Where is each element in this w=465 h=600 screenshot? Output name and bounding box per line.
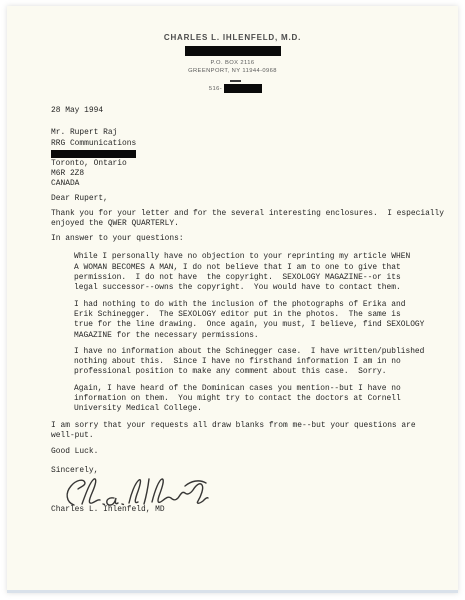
indented-paragraph-dominican-cases: Again, I have heard of the Dominican cas… bbox=[51, 384, 451, 415]
good-luck-line: Good Luck. bbox=[51, 447, 451, 457]
letterhead-po-box: P.O. BOX 2116 bbox=[7, 59, 458, 67]
letterhead: CHARLES L. IHLENFELD, M.D. P.O. BOX 2116… bbox=[7, 6, 458, 93]
indented-paragraph-copyright: While I personally have no objection to … bbox=[51, 252, 451, 293]
salutation: Dear Rupert, bbox=[51, 194, 451, 204]
letter-body: 28 May 1994 Mr. Rupert Raj RRG Communica… bbox=[51, 106, 451, 515]
indented-paragraph-schinegger-case: I have no information about the Schinegg… bbox=[51, 347, 451, 378]
recipient-address-block: Mr. Rupert Raj RRG Communications Toront… bbox=[51, 128, 451, 189]
paragraph-thanks: Thank you for your letter and for the se… bbox=[51, 209, 451, 230]
scan-edge-artifact bbox=[7, 590, 458, 593]
letterhead-phone-prefix: 516- bbox=[209, 85, 222, 93]
redaction-bar-recipient-street bbox=[51, 150, 136, 158]
redaction-bar-phone-number bbox=[224, 84, 262, 93]
recipient-organization: RRG Communications bbox=[51, 139, 451, 149]
letterhead-phone-row: 516- bbox=[10, 84, 461, 93]
recipient-city: Toronto, Ontario bbox=[51, 159, 451, 169]
recipient-name: Mr. Rupert Raj bbox=[51, 128, 451, 138]
recipient-country: CANADA bbox=[51, 179, 451, 189]
letterhead-divider-dash bbox=[230, 80, 241, 82]
paragraph-questions-intro: In answer to your questions: bbox=[51, 234, 451, 244]
letterhead-name: CHARLES L. IHLENFELD, M.D. bbox=[7, 33, 458, 42]
redaction-bar-street-address bbox=[185, 46, 281, 56]
letterhead-city-line: GREENPORT, NY 11944-0968 bbox=[7, 67, 458, 75]
paragraph-apology: I am sorry that your requests all draw b… bbox=[51, 421, 451, 442]
recipient-postal-code: M6R 2Z8 bbox=[51, 169, 451, 179]
indented-paragraph-photographs: I had nothing to do with the inclusion o… bbox=[51, 300, 451, 341]
letter-page: CHARLES L. IHLENFELD, M.D. P.O. BOX 2116… bbox=[7, 6, 458, 593]
letter-date: 28 May 1994 bbox=[51, 106, 451, 116]
